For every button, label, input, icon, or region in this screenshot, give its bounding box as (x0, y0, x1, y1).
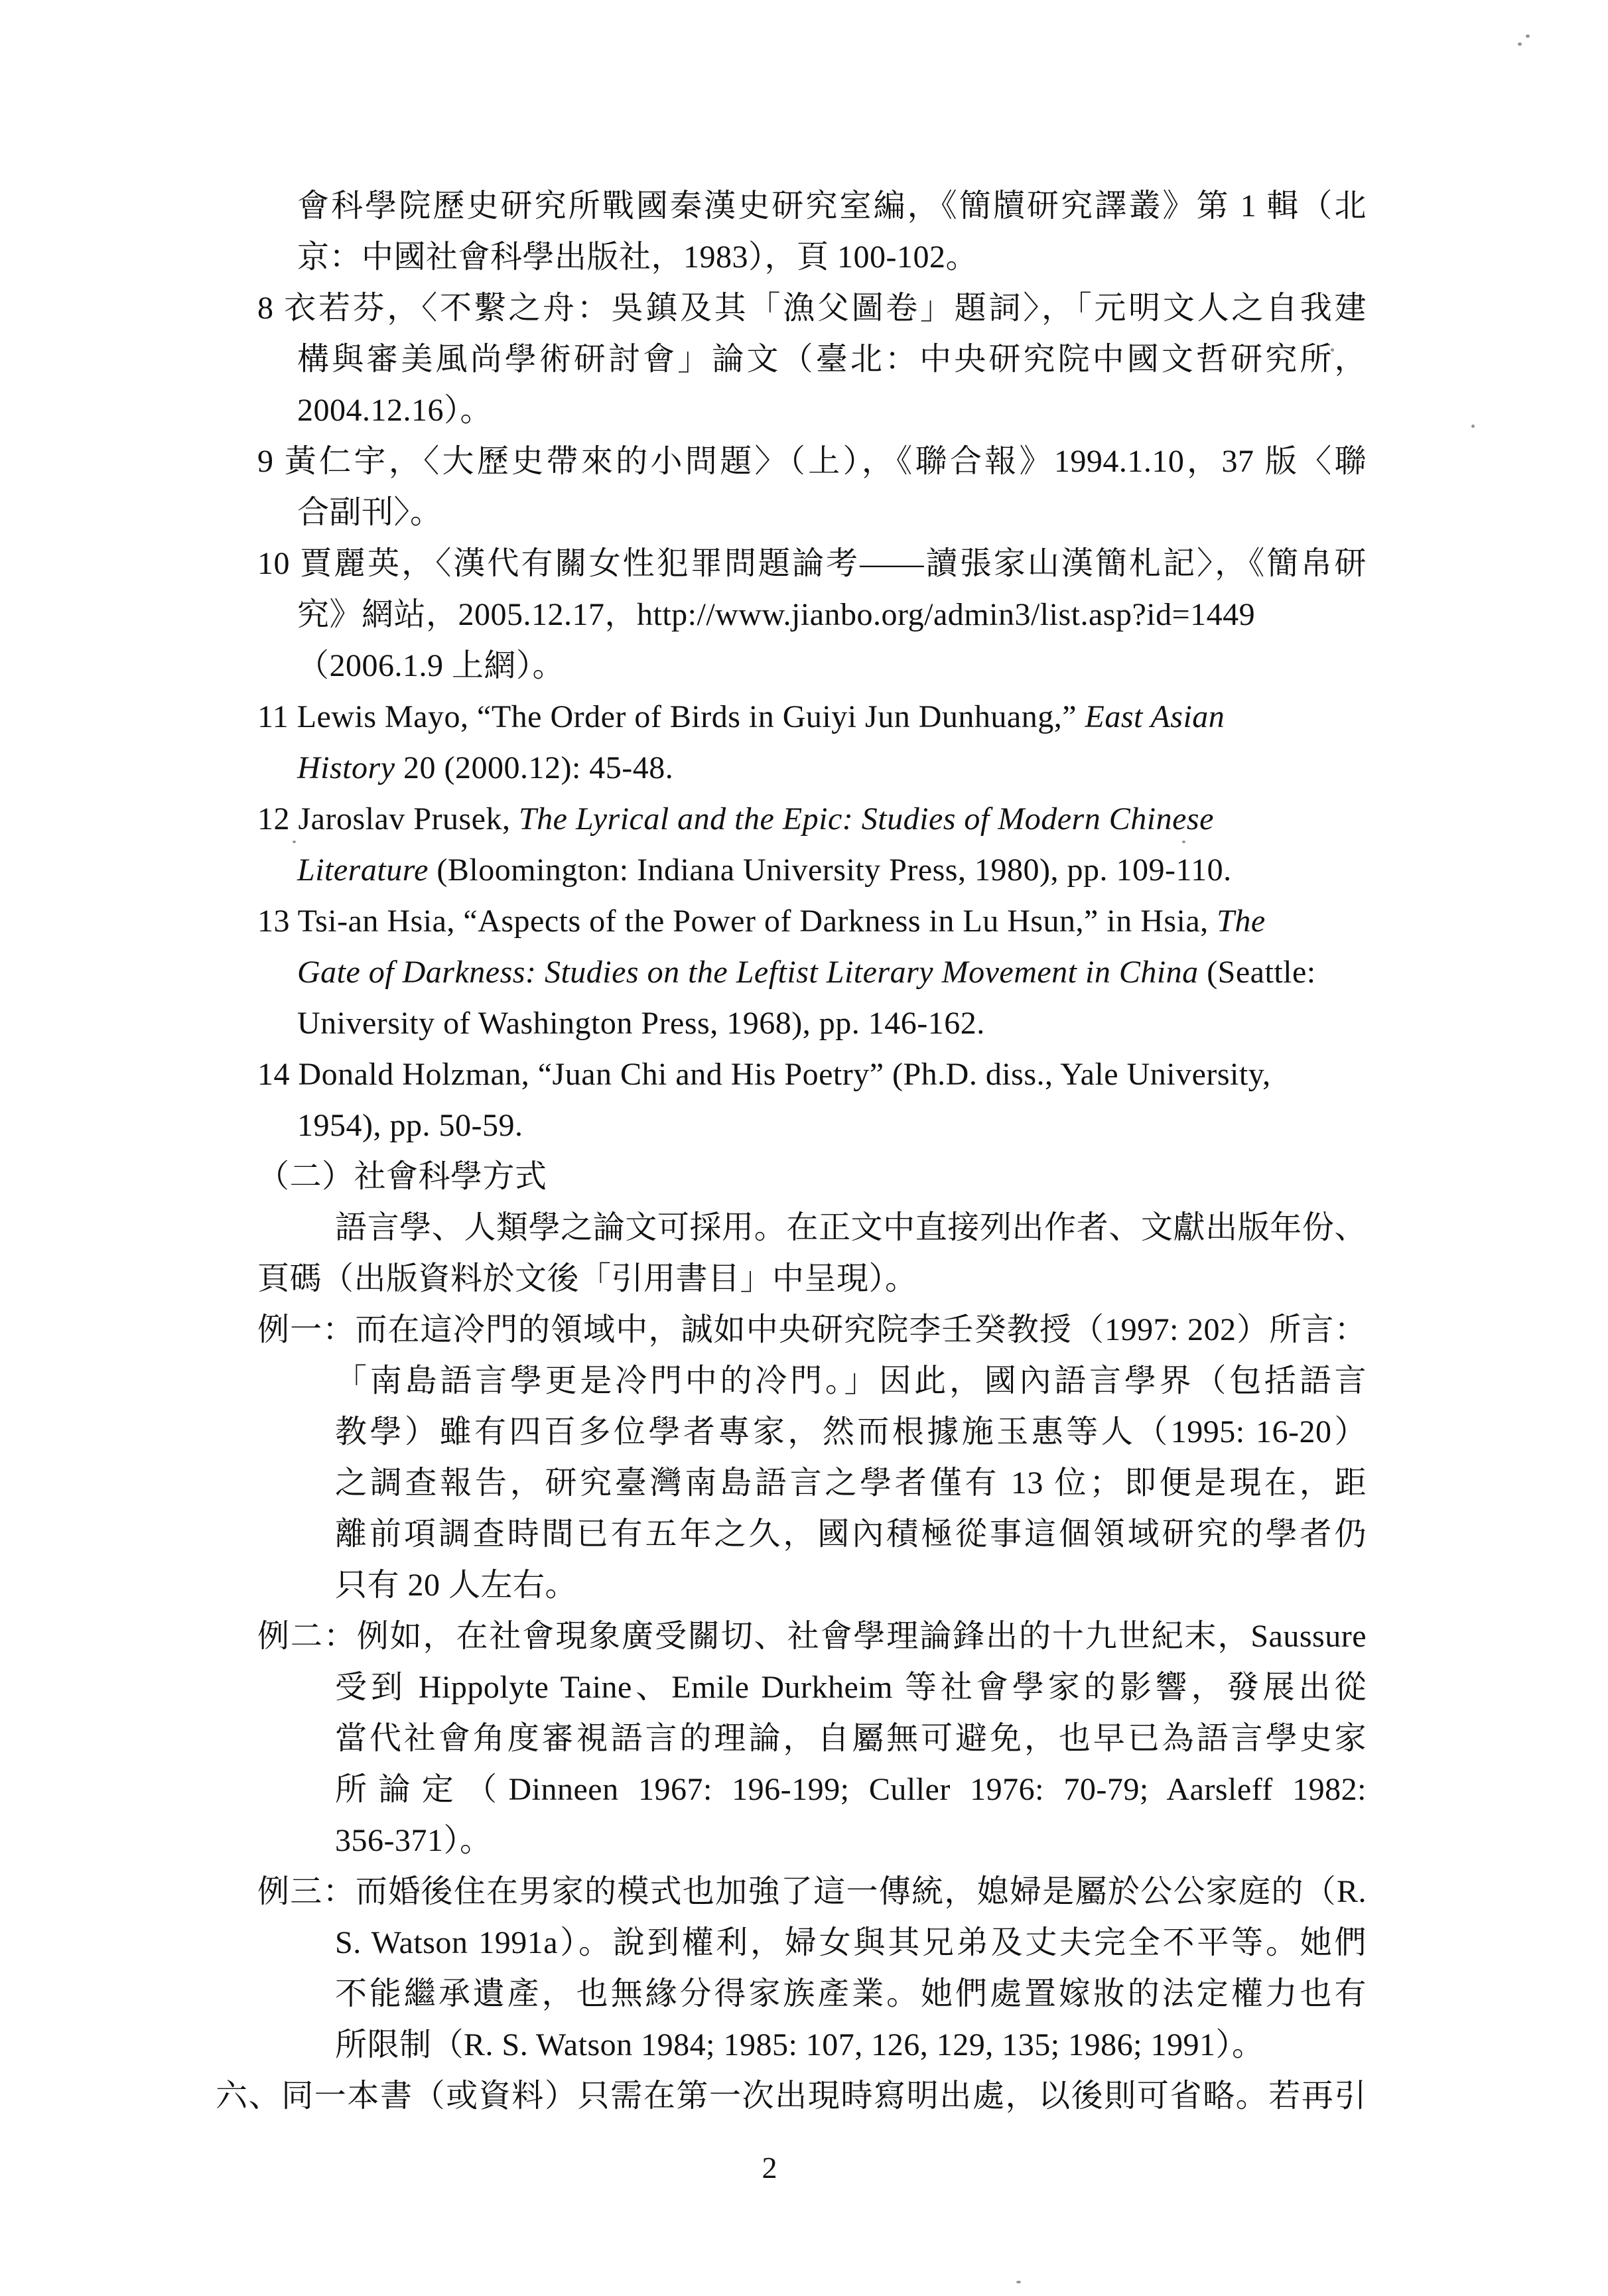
text-line: 所論定（Dinneen 1967: 196-199; Culler 1976: … (335, 1764, 1367, 1815)
text-run: (Bloomington: Indiana University Press, … (429, 852, 1232, 888)
text-line: 構與審美風尚學術研討會」論文（臺北：中央研究院中國文哲研究所， (297, 334, 1367, 385)
text-line: 當代社會角度審視語言的理論，自屬無可避免，也早已為語言學史家 (335, 1713, 1367, 1764)
text-run: 2004.12.16）。 (297, 393, 492, 428)
text-run: 8 衣若芬，〈不繫之舟：吳鎮及其「漁父圖卷」題詞〉，「元明文人之自我建 (257, 291, 1367, 326)
text-run: 頁碼（出版資料於文後「引用書目」中呈現）。 (257, 1261, 917, 1296)
text-run: 9 黃仁宇，〈大歷史帶來的小問題〉（上），《聯合報》1994.1.10，37 版… (257, 444, 1367, 479)
text-run: 六、同一本書（或資料）只需在第一次出現時寫明出處，以後則可省略。若再引 (216, 2078, 1367, 2114)
text-run: S. Watson 1991a）。說到權利，婦女與其兄弟及丈夫完全不平等。她們 (335, 1925, 1367, 1960)
text-line: Gate of Darkness: Studies on the Leftist… (297, 947, 1367, 998)
text-run: 例二：例如，在社會現象廣受關切、社會學理論鋒出的十九世紀末，Saussure (257, 1619, 1367, 1654)
text-line: 只有 20 人左右。 (335, 1560, 1367, 1611)
text-line: 不能繼承遺產，也無緣分得家族產業。她們處置嫁妝的法定權力也有 (335, 1968, 1367, 2019)
text-line: 1954), pp. 50-59. (297, 1100, 1367, 1151)
text-run: University of Washington Press, 1968), p… (297, 1006, 985, 1041)
text-run: 之調查報告，研究臺灣南島語言之學者僅有 13 位；即便是現在，距 (335, 1465, 1367, 1501)
scan-speck (1518, 42, 1522, 46)
text-run: 356-371）。 (335, 1823, 492, 1858)
text-line: 之調查報告，研究臺灣南島語言之學者僅有 13 位；即便是現在，距 (335, 1457, 1367, 1509)
text-line: 教學）雖有四百多位學者專家，然而根據施玉惠等人（1995: 16-20） (335, 1406, 1367, 1457)
text-run: 例三：而婚後住在男家的模式也加強了這一傳統，媳婦是屬於公公家庭的（R. (257, 1874, 1367, 1909)
text-run: 語言學、人類學之論文可採用。在正文中直接列出作者、文獻出版年份、 (335, 1210, 1367, 1245)
text-run: 「南島語言學更是冷門中的冷門。」因此，國內語言學界（包括語言 (335, 1363, 1367, 1398)
text-run: 12 Jaroslav Prusek, (257, 801, 519, 837)
text-run: 只有 20 人左右。 (335, 1568, 577, 1603)
text-run: 13 Tsi-an Hsia, “Aspects of the Power of… (257, 904, 1217, 939)
text-line: 14 Donald Holzman, “Juan Chi and His Poe… (257, 1049, 1367, 1100)
text-line: 356-371）。 (335, 1815, 1367, 1866)
text-run: （2006.1.9 上網）。 (297, 648, 565, 683)
document-lines: 會科學院歷史研究所戰國秦漢史研究室編，《簡牘研究譯叢》第 1 輯（北京：中國社會… (0, 180, 1608, 2122)
text-run: 離前項調查時間已有五年之久，國內積極從事這個領域研究的學者仍 (335, 1517, 1367, 1552)
text-run: 20 (2000.12): 45-48. (395, 750, 674, 785)
text-run: 究》網站，2005.12.17，http://www.jianbo.org/ad… (297, 597, 1255, 632)
text-line: 六、同一本書（或資料）只需在第一次出現時寫明出處，以後則可省略。若再引 (216, 2070, 1367, 2122)
text-run: 受到 Hippolyte Taine、Emile Durkheim 等社會學家的… (335, 1670, 1367, 1705)
text-run: （二）社會科學方式 (257, 1159, 547, 1194)
text-run: 不能繼承遺產，也無緣分得家族產業。她們處置嫁妝的法定權力也有 (335, 1976, 1367, 2011)
italic-text-run: The Lyrical and the Epic: Studies of Mod… (519, 801, 1214, 837)
text-run: 教學）雖有四百多位學者專家，然而根據施玉惠等人（1995: 16-20） (335, 1414, 1367, 1450)
text-line: 10 賈麗英，〈漢代有關女性犯罪問題論考——讀張家山漢簡札記〉，《簡帛研 (257, 538, 1367, 589)
text-line: 會科學院歷史研究所戰國秦漢史研究室編，《簡牘研究譯叢》第 1 輯（北 (297, 180, 1367, 232)
text-line: 9 黃仁宇，〈大歷史帶來的小問題〉（上），《聯合報》1994.1.10，37 版… (257, 436, 1367, 487)
text-run: 例一：而在這冷門的領域中，誠如中央研究院李壬癸教授（1997: 202）所言： (257, 1312, 1367, 1347)
italic-text-run: The (1217, 904, 1266, 939)
text-line: 究》網站，2005.12.17，http://www.jianbo.org/ad… (297, 589, 1367, 640)
scan-speck (1016, 2281, 1021, 2283)
text-line: 例三：而婚後住在男家的模式也加強了這一傳統，媳婦是屬於公公家庭的（R. (257, 1866, 1367, 1917)
scan-speck (1331, 348, 1334, 352)
scan-speck (293, 841, 296, 843)
text-line: （二）社會科學方式 (257, 1151, 1367, 1202)
text-run: 會科學院歷史研究所戰國秦漢史研究室編，《簡牘研究譯叢》第 1 輯（北 (297, 188, 1367, 224)
scan-speck (1182, 841, 1185, 843)
text-line: 合副刊〉。 (297, 487, 1367, 538)
text-run: 11 Lewis Mayo, “The Order of Birds in Gu… (257, 699, 1085, 734)
text-line: 例一：而在這冷門的領域中，誠如中央研究院李壬癸教授（1997: 202）所言： (257, 1304, 1367, 1355)
text-run: 所論定（Dinneen 1967: 196-199; Culler 1976: … (335, 1772, 1367, 1807)
scanned-document-page: 會科學院歷史研究所戰國秦漢史研究室編，《簡牘研究譯叢》第 1 輯（北京：中國社會… (0, 0, 1608, 2296)
italic-text-run: Literature (297, 852, 429, 888)
text-line: 受到 Hippolyte Taine、Emile Durkheim 等社會學家的… (335, 1662, 1367, 1713)
text-line: 12 Jaroslav Prusek, The Lyrical and the … (257, 793, 1367, 844)
text-line: 2004.12.16）。 (297, 385, 1367, 436)
text-run: 10 賈麗英，〈漢代有關女性犯罪問題論考——讀張家山漢簡札記〉，《簡帛研 (257, 546, 1367, 581)
italic-text-run: Gate of Darkness: Studies on the Leftist… (297, 955, 1199, 990)
scan-speck (1526, 34, 1530, 38)
text-line: History 20 (2000.12): 45-48. (297, 742, 1367, 793)
text-run: 所限制（R. S. Watson 1984; 1985: 107, 126, 1… (335, 2027, 1264, 2062)
text-run: (Seattle: (1199, 955, 1316, 990)
page-number: 2 (743, 2148, 796, 2188)
text-line: 語言學、人類學之論文可採用。在正文中直接列出作者、文獻出版年份、 (335, 1202, 1367, 1253)
text-line: 頁碼（出版資料於文後「引用書目」中呈現）。 (257, 1253, 1367, 1304)
italic-text-run: History (297, 750, 395, 785)
text-run: 合副刊〉。 (297, 495, 442, 530)
text-line: 京：中國社會科學出版社，1983），頁 100-102。 (297, 232, 1367, 283)
text-line: 例二：例如，在社會現象廣受關切、社會學理論鋒出的十九世紀末，Saussure (257, 1611, 1367, 1662)
text-line: Literature (Bloomington: Indiana Univers… (297, 844, 1367, 896)
text-line: University of Washington Press, 1968), p… (297, 998, 1367, 1049)
text-run: 當代社會角度審視語言的理論，自屬無可避免，也早已為語言學史家 (335, 1721, 1367, 1756)
text-line: 所限制（R. S. Watson 1984; 1985: 107, 126, 1… (335, 2019, 1367, 2070)
text-run: 京：中國社會科學出版社，1983），頁 100-102。 (297, 239, 978, 275)
text-run: 1954), pp. 50-59. (297, 1108, 523, 1143)
text-line: S. Watson 1991a）。說到權利，婦女與其兄弟及丈夫完全不平等。她們 (335, 1917, 1367, 1968)
text-line: 13 Tsi-an Hsia, “Aspects of the Power of… (257, 896, 1367, 947)
text-line: 8 衣若芬，〈不繫之舟：吳鎮及其「漁父圖卷」題詞〉，「元明文人之自我建 (257, 283, 1367, 334)
text-line: 「南島語言學更是冷門中的冷門。」因此，國內語言學界（包括語言 (335, 1355, 1367, 1406)
italic-text-run: East Asian (1085, 699, 1225, 734)
text-line: （2006.1.9 上網）。 (297, 640, 1367, 691)
text-run: 14 Donald Holzman, “Juan Chi and His Poe… (257, 1057, 1271, 1092)
text-line: 11 Lewis Mayo, “The Order of Birds in Gu… (257, 691, 1367, 742)
text-run: 構與審美風尚學術研討會」論文（臺北：中央研究院中國文哲研究所， (297, 342, 1367, 377)
scan-speck (1471, 425, 1475, 428)
text-line: 離前項調查時間已有五年之久，國內積極從事這個領域研究的學者仍 (335, 1509, 1367, 1560)
